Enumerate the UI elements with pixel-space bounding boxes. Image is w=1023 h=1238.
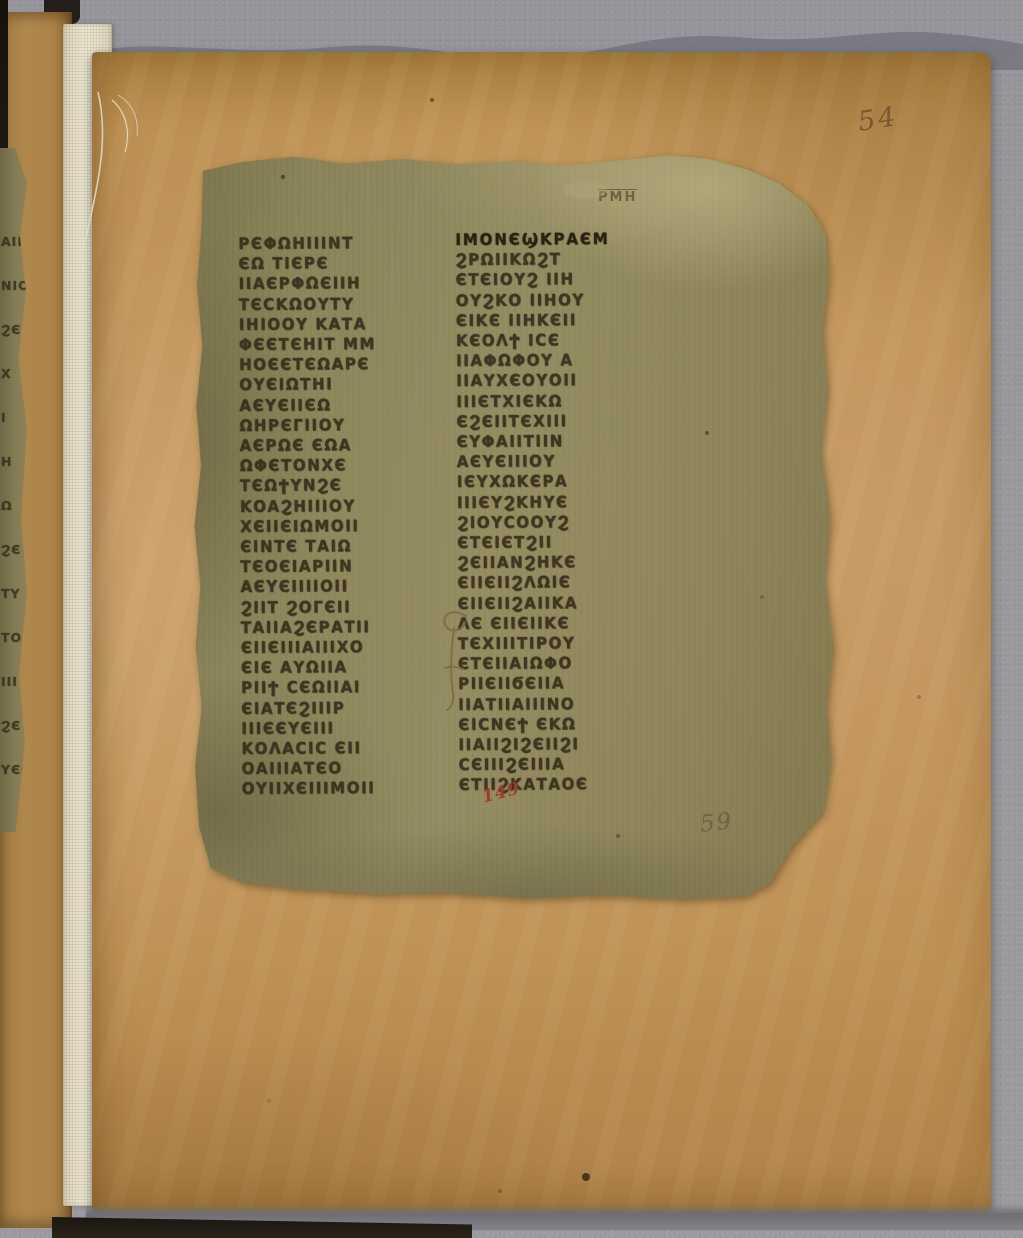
surface-specks-and-threads bbox=[0, 0, 1023, 1238]
manuscript-photo: ΑΙΗΝΙΟϨЄΧΙΗΩϨЄΤΥΤΟΛΙΙΙϨЄΥЄЄ ΡЄΦΩΗΙΙΙΝΤЄΩ… bbox=[0, 0, 1023, 1238]
